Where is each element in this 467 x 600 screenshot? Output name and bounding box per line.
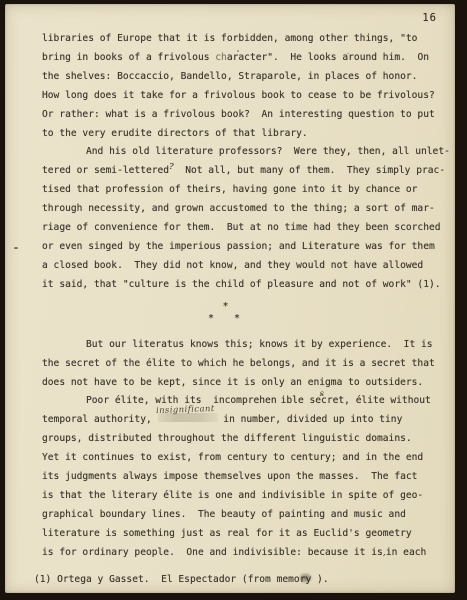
scanned-page-background: 16 libraries of Europe that it is forbid… — [0, 0, 467, 600]
text-segment: bring in books of a frivolous — [42, 52, 215, 63]
text-segment: Not all, but many of them. They simply p… — [174, 165, 445, 176]
caret-insert: s^ — [277, 393, 281, 403]
text-line: to the very erudite directors of that li… — [42, 125, 449, 144]
manuscript-page: 16 libraries of Europe that it is forbid… — [5, 4, 455, 593]
smudged-letters: ch — [215, 52, 227, 63]
footnote: (1) Ortega y Gasset. El Espectador (from… — [34, 571, 449, 590]
text-line: Poor élite, with its incomprehens^ible s… — [42, 392, 449, 411]
text-segment: tered or semi-lettered — [42, 165, 169, 176]
text-line: its judgments always impose themselves u… — [42, 468, 449, 487]
text-line: But our literatus knows this; knows it b… — [42, 336, 449, 355]
paper-speck — [14, 247, 18, 249]
page-number: 16 — [422, 12, 437, 24]
ink-blot: ry — [300, 574, 312, 585]
text-segment: ). — [311, 574, 328, 585]
text-line: How long does it take for a frivolous bo… — [42, 87, 449, 106]
text-line: is for ordinary people. One and indivisi… — [42, 544, 449, 563]
text-line: bring in books of a frivolous character"… — [42, 49, 449, 68]
text-line: it said, that "culture is the child of p… — [42, 276, 449, 295]
text-segment: aracter". He looks around him. On — [227, 52, 429, 63]
text-line: literature is something just as real for… — [42, 525, 449, 544]
text-line: And his old literature professors? Were … — [42, 143, 449, 162]
asterisk: * — [22, 301, 429, 313]
text-line: the secret of the élite to which he belo… — [42, 355, 449, 374]
text-segment: in number, divided up into tiny — [218, 414, 403, 425]
text-line: through necessity, and grown accustomed … — [42, 200, 449, 219]
text-line: does not have to be kept, since it is on… — [42, 374, 449, 393]
text-line: the shelves: Boccaccio, Bandello, Strapa… — [42, 68, 449, 87]
text-line: tered or semi-lettered? Not all, but man… — [42, 162, 449, 181]
text-line: is that the literary élite is one and in… — [42, 487, 449, 506]
text-segment: temporal authority, — [42, 414, 158, 425]
text-line: Or rather: what is a frivolous book? An … — [42, 106, 449, 125]
text-segment: (1) Ortega y Gasset. El Espectador (from… — [34, 574, 300, 585]
text-line: Yet it continues to exist, from century … — [42, 449, 449, 468]
handwritten-insignificant: insignificant — [155, 400, 214, 421]
asterisk-pair: * * — [22, 313, 429, 325]
text-line: groups, distributed throughout the diffe… — [42, 430, 449, 449]
caret-mark: ^ — [276, 388, 324, 407]
handwritten-question-mark: ? — [169, 162, 174, 172]
text-line: riage of convenience for them. But at no… — [42, 219, 449, 238]
asterisk-divider: * * * — [22, 296, 429, 335]
text-line: tised that profession of theirs, having … — [42, 181, 449, 200]
typed-text-block: libraries of Europe that it is forbidden… — [42, 30, 449, 589]
text-line: graphical boundary lines. The beauty of … — [42, 506, 449, 525]
text-line: a closed book. They did not know, and th… — [42, 257, 449, 276]
text-line: or even singed by the imperious passion;… — [42, 238, 449, 257]
erased-word: insignificant — [158, 413, 218, 422]
text-segment: incomprehen — [213, 395, 277, 406]
text-line: libraries of Europe that it is forbidden… — [42, 30, 449, 49]
text-line: temporal authority, insignificant in num… — [42, 411, 449, 430]
text-segment: is for ordinary people. One and indivisi… — [42, 547, 383, 558]
text-segment: in each — [386, 547, 426, 558]
